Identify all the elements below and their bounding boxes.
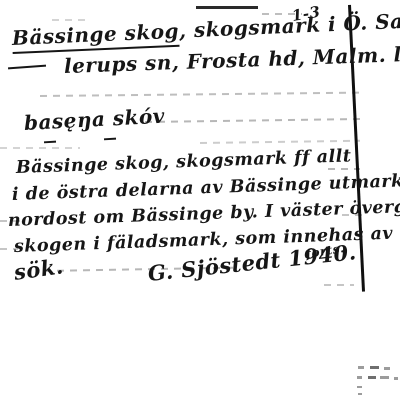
archive-card-scan: 1-3 Bässinge skog, skogsmark i Ö. Sal- l… bbox=[0, 0, 400, 400]
headword: Bässinge skog bbox=[11, 19, 179, 54]
continued-word: sök. bbox=[12, 254, 64, 284]
heading-rest: , skogsmark i Ö. Sal- bbox=[178, 8, 400, 43]
ruled-line bbox=[40, 92, 360, 97]
scan-speck bbox=[358, 366, 364, 369]
ruled-line bbox=[52, 19, 86, 21]
scan-speck bbox=[368, 376, 376, 379]
phonetic-underline bbox=[44, 141, 56, 143]
scan-speck bbox=[384, 367, 390, 370]
ruled-line bbox=[200, 140, 360, 144]
scan-speck bbox=[357, 386, 362, 388]
heading-line-1: Bässinge skog, skogsmark i Ö. Sal- bbox=[12, 9, 400, 49]
scan-speck bbox=[357, 376, 362, 379]
ruled-line bbox=[324, 284, 354, 286]
scan-speck bbox=[394, 377, 398, 380]
ruled-line bbox=[145, 118, 360, 123]
phonetic-underline bbox=[104, 138, 116, 140]
scan-speck bbox=[380, 376, 389, 379]
scan-mark bbox=[196, 6, 258, 9]
ruled-line bbox=[0, 147, 80, 149]
phonetic-transcription: basęŋa skóv bbox=[23, 105, 165, 134]
scan-speck bbox=[358, 393, 362, 395]
body-line: Bässinge skog, skogsmark ff allt bbox=[16, 147, 352, 178]
scan-speck bbox=[370, 366, 379, 369]
headword-underline-stroke bbox=[8, 65, 46, 69]
